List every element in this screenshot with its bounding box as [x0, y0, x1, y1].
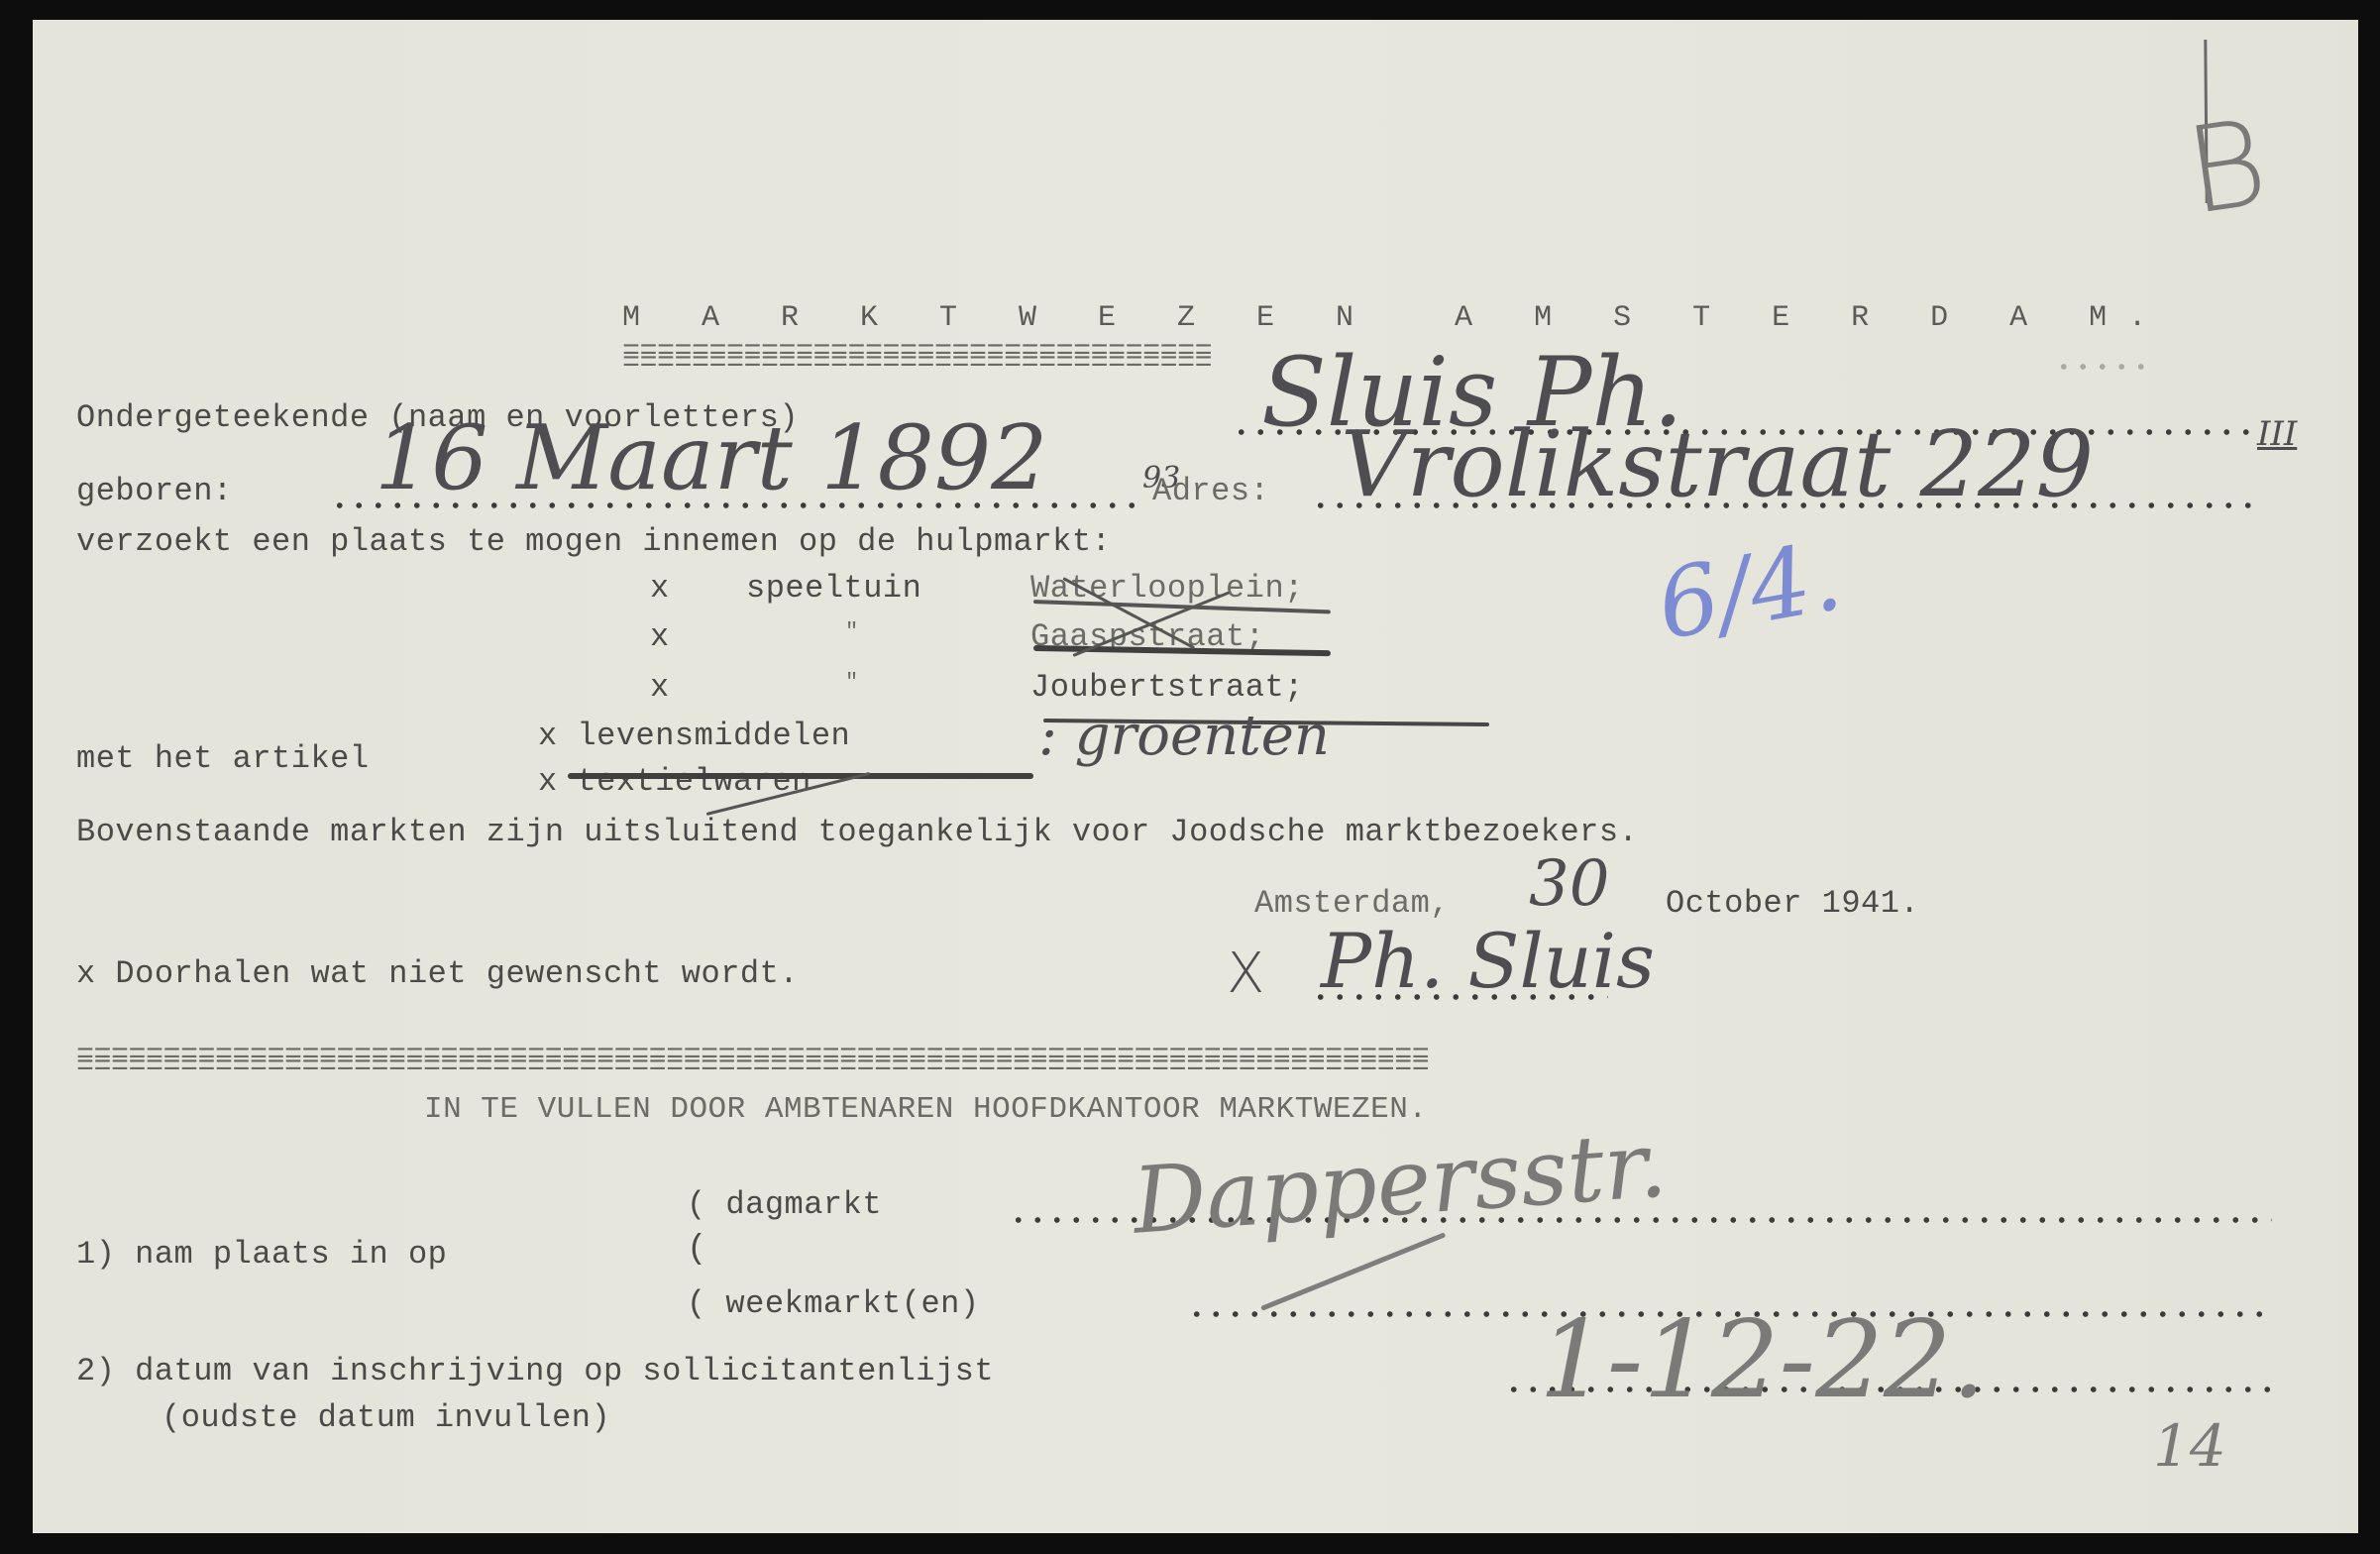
q1-brace: (	[687, 1231, 706, 1269]
blue-annotation: 6/4.	[1650, 520, 1850, 661]
born-value: 16 Maart 1892	[375, 406, 1047, 510]
market-ditto: "	[845, 663, 859, 703]
form-title: M A R K T W E Z E N A M S T E R D A M.	[622, 298, 2168, 338]
article-note: : groenten	[1038, 704, 1330, 768]
title-trailing-dots	[2054, 363, 2153, 371]
request-text: verzoekt een plaats te mogen innemen op …	[76, 522, 1111, 562]
born-label: geboren:	[76, 472, 233, 511]
article-option-levensmiddelen: x levensmiddelen	[538, 717, 850, 756]
date-day: 30	[1529, 847, 1609, 921]
market-prefix: speeltuin	[746, 569, 921, 609]
q2-sub: (oudste datum invullen)	[162, 1398, 610, 1438]
signature: Ph. Sluis	[1321, 917, 1655, 1005]
q1-label: 1) nam plaats in op	[76, 1235, 447, 1275]
section-divider-2: ========================================…	[76, 1053, 1429, 1082]
signature-mark: X	[1227, 942, 1264, 1006]
market-joubertstraat: Joubertstraat;	[1030, 668, 1304, 708]
date-month-year: October 1941.	[1666, 884, 1919, 924]
address-value: Vrolikstraat 229	[1341, 411, 2094, 517]
q2-label: 2) datum van inschrijving op sollicitant…	[76, 1352, 994, 1391]
market-mark: x	[650, 617, 670, 657]
bottom-initial: 14	[2153, 1412, 2226, 1480]
market-mark: x	[650, 668, 670, 708]
address-label: Adres:	[1152, 472, 1269, 511]
office-heading: IN TE VULLEN DOOR AMBTENAREN HOOFDKANTOO…	[424, 1090, 1427, 1130]
registration-card: B M A R K T W E Z E N A M S T E R D A M.…	[33, 20, 2358, 1533]
q1-week-pencil-stroke	[1260, 1232, 1446, 1311]
market-mark: x	[650, 569, 670, 609]
q1-week-label: ( weekmarkt(en)	[687, 1284, 980, 1324]
q1-day-value: Dappersstr.	[1130, 1111, 1670, 1254]
q2-value: 1-12-22.	[1539, 1298, 1986, 1422]
notice-text: Bovenstaande markten zijn uitsluitend to…	[76, 813, 1638, 852]
article-divider-strike	[568, 773, 1033, 779]
market-ditto: "	[845, 612, 859, 652]
q1-day-label: ( dagmarkt	[687, 1185, 882, 1225]
corner-letter: B	[2179, 94, 2275, 242]
footnote-text: x Doorhalen wat niet gewenscht wordt.	[76, 954, 799, 994]
address-suffix: III	[2257, 414, 2297, 454]
title-underline-2: ==================================	[622, 349, 1212, 379]
article-label: met het artikel	[76, 739, 370, 779]
